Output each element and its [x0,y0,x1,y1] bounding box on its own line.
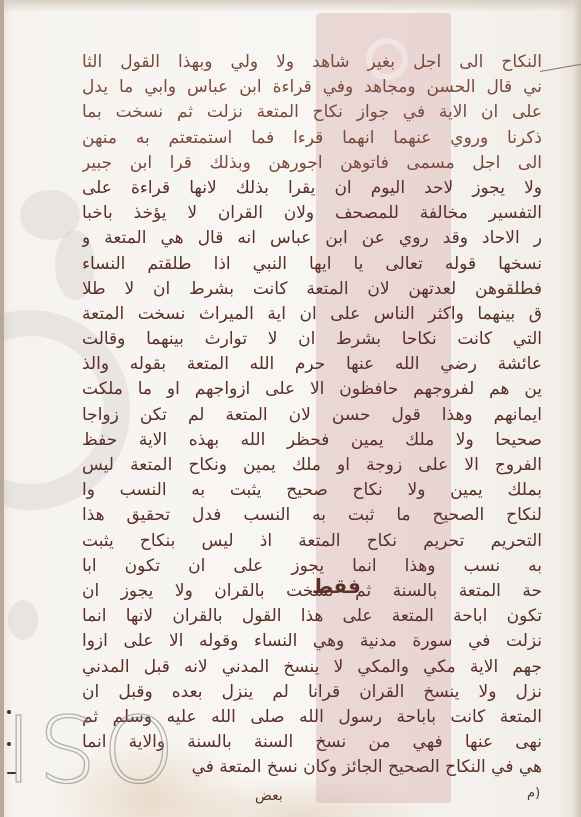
text-line: ذكرنا وروي عنهما انهما قرءا فما استمتعتم… [82,126,542,151]
manuscript-text: النكاح الى اجل بغير شاهد ولا ولي وبهذا ا… [82,50,542,780]
page-marker: م) [527,786,540,801]
text-line: الفروج الا على زوجة او ملك يمين ونكاح ال… [82,453,542,478]
text-line: صحيحا ولا ملك يمين فحظر الله بهذه الاية … [82,428,542,453]
text-line: نزلت في سورة مدنية وهي النساء وقوله الا … [82,629,542,654]
text-line: ق بينهما واكثر الناس على ان اية الميراث … [82,302,542,327]
text-line: ايمانهم وهذا قول حسن لان المتعة لم تكن ز… [82,403,542,428]
text-line: تكون اباحة المتعة على هذا القول بالقران … [82,604,542,629]
text-line: لنكاح الصحيح ما ثبت به النسب فدل تحقيق ه… [82,503,542,528]
text-line: على ان الاية في جواز نكاح المتعة نزلت ثم… [82,100,542,125]
manuscript-page: النكاح الى اجل بغير شاهد ولا ولي وبهذا ا… [0,0,581,817]
text-line: ين هم لفروجهم حافظون الا على ازواجهم او … [82,377,542,402]
page-top-edge [0,0,581,12]
page-right-edge [573,0,581,817]
interlinear-word: فقط [312,574,361,598]
text-line: ولا يجوز لاحد اليوم ان يقرا بذلك لانها ق… [82,176,542,201]
catchword: بعض [255,788,283,804]
text-line: ر الاحاد وقد روي عن ابن عباس انه قال هي … [82,226,542,251]
text-line: التفسير مخالفة للمصحف ولان القران لا يؤخ… [82,201,542,226]
text-line: بملك يمين ولا نكاح صحيح يثبت به النسب وا [82,478,542,503]
paper-stain [8,600,38,640]
watermark-text: ISO [5,705,181,797]
text-line: التحريم تحريم نكاح المتعة اذ ليس بنكاح ي… [82,529,542,554]
text-line: نسخها قوله تعالى يا ايها النبي اذا طلقتم… [82,252,542,277]
text-line: الى اجل مسمى فاتوهن اجورهن وبذلك قرا ابن… [82,151,542,176]
text-line: النكاح الى اجل بغير شاهد ولا ولي وبهذا ا… [82,50,542,75]
text-line: فطلقوهن لعدتهن لان المتعة كانت بشرط ان ل… [82,277,542,302]
text-line: عائشة رضي الله عنها حرم الله المتعة بقول… [82,352,542,377]
text-line: جهم الاية مكي والمكي لا ينسخ المدني لانه… [82,655,542,680]
text-line: التي كانت نكاحا بشرط ان لا توارث بينهما … [82,327,542,352]
text-line: ني قال الحسن ومجاهد وفي قراءة ابن عباس و… [82,75,542,100]
